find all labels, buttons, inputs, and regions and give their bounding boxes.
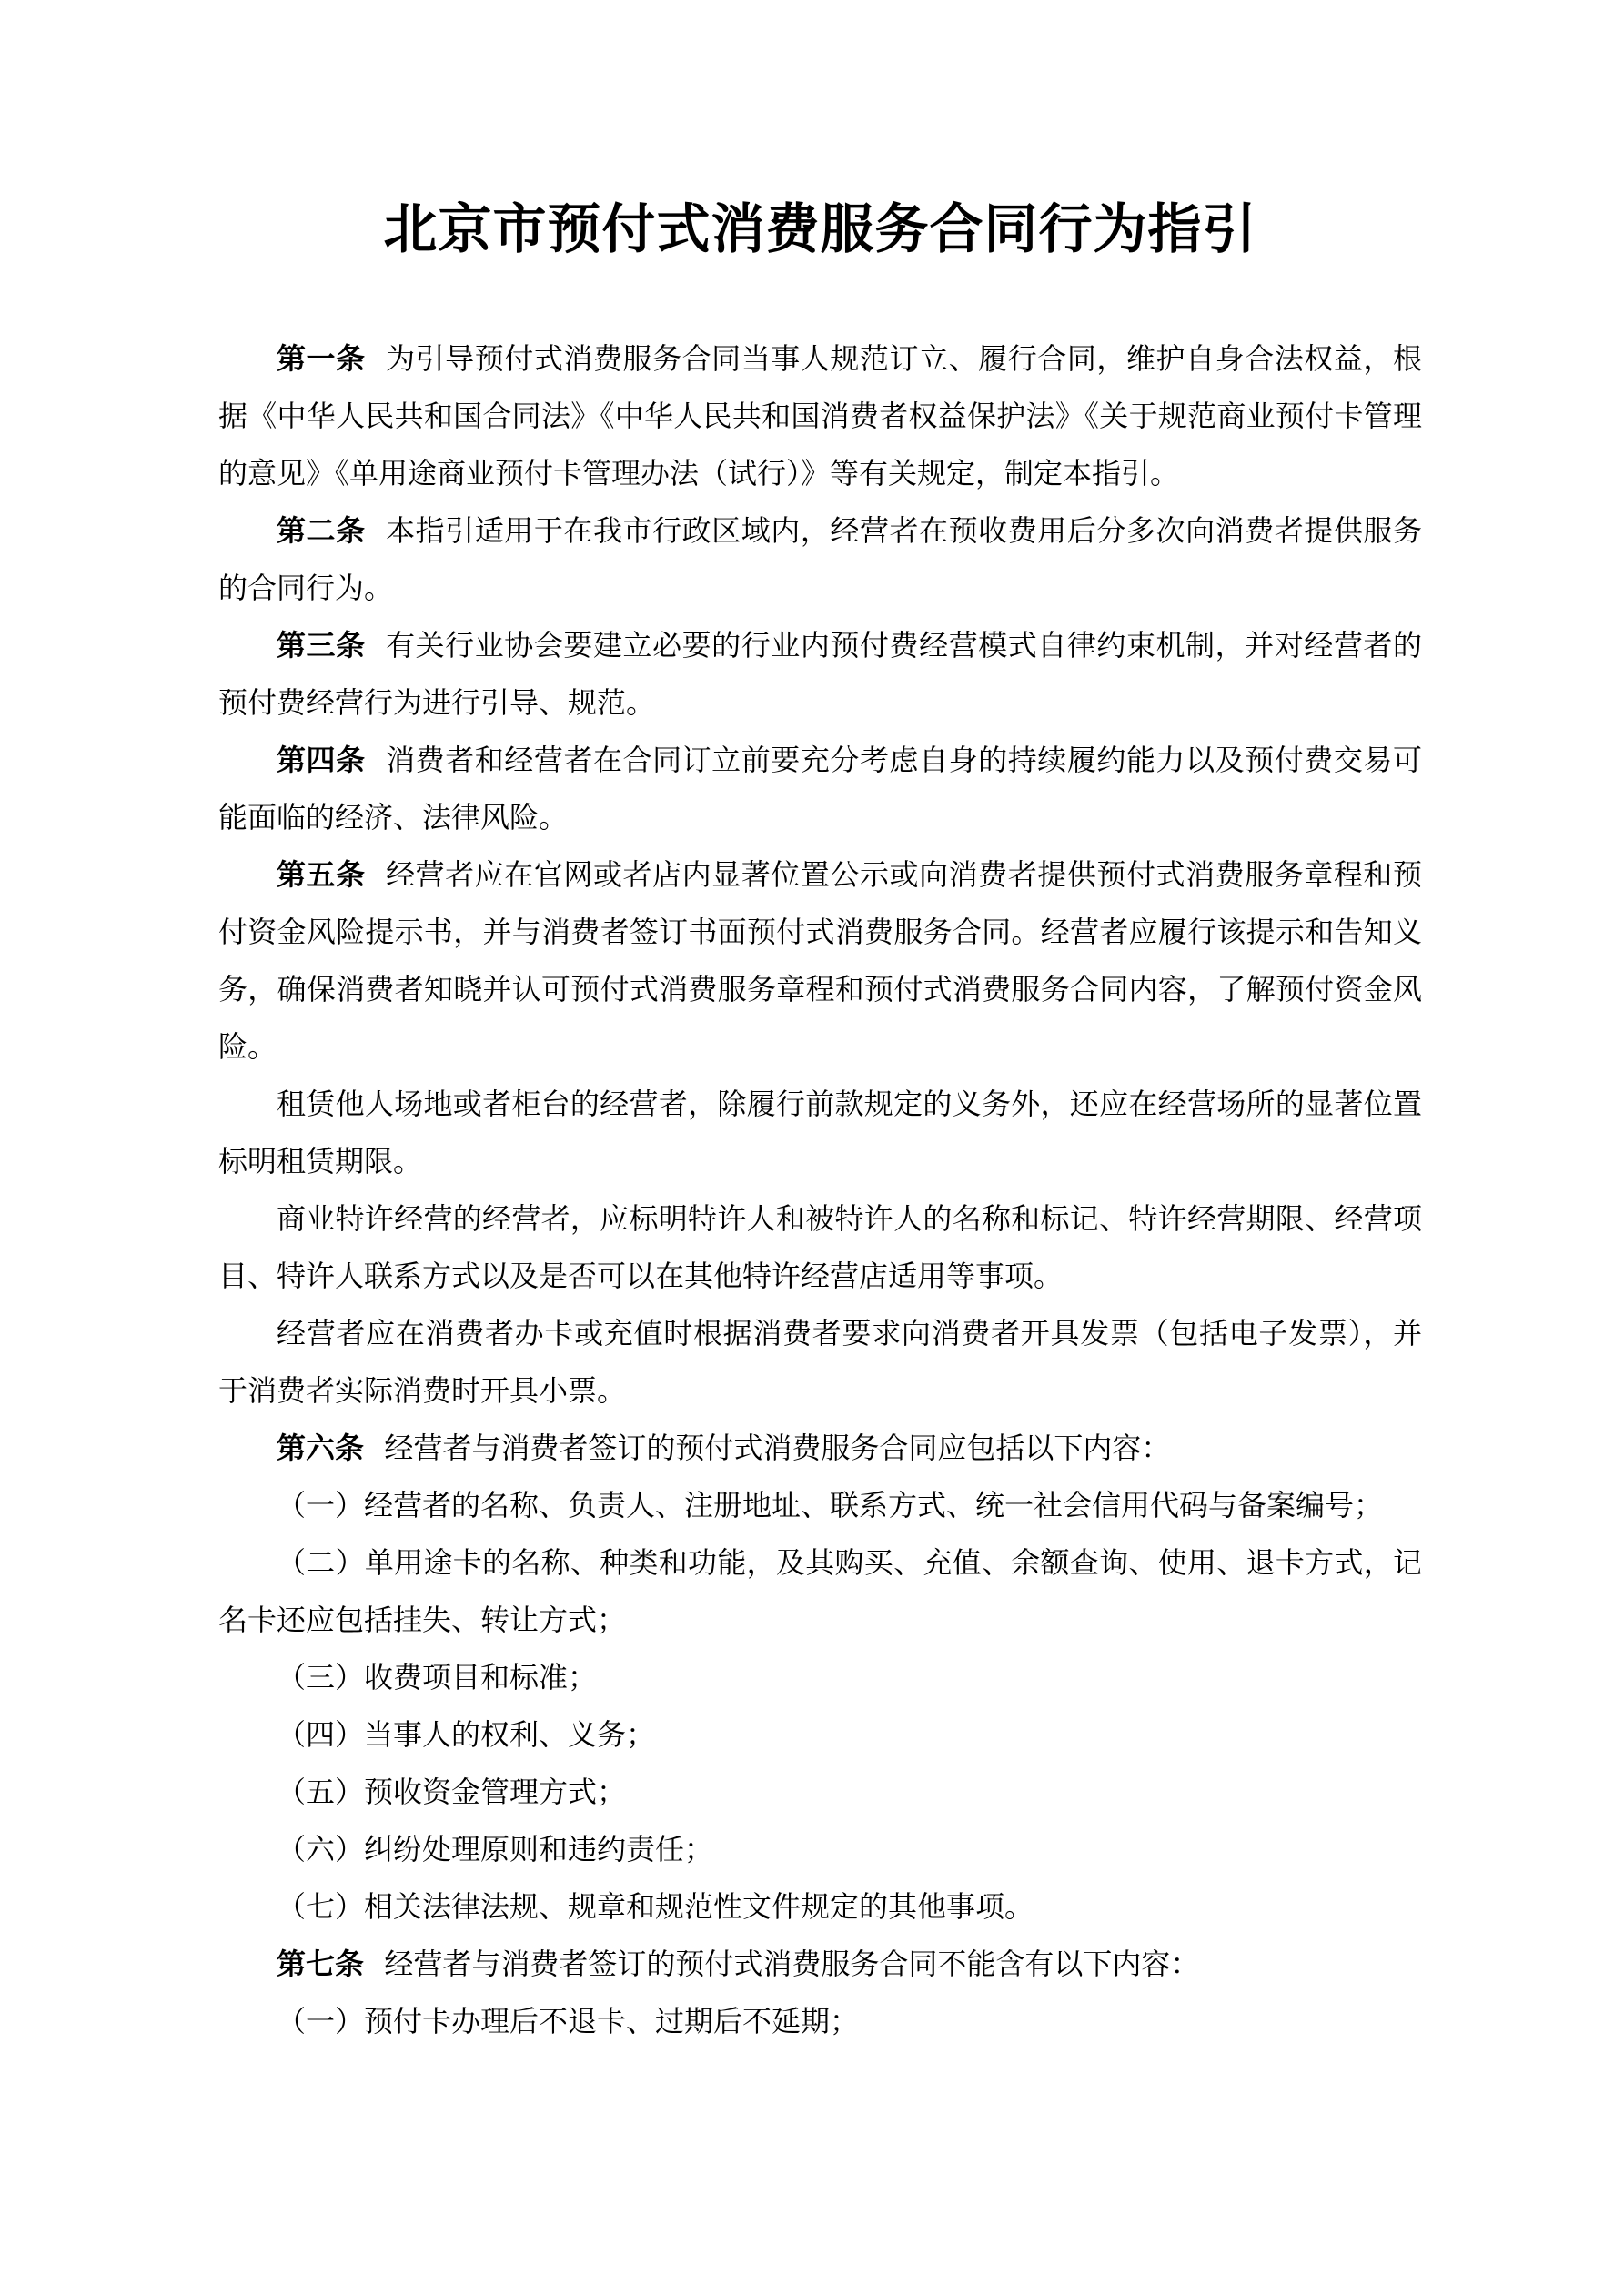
article-label: 第三条 <box>277 629 366 662</box>
paragraph: （一）经营者的名称、负责人、注册地址、联系方式、统一社会信用代码与备案编号； <box>218 1477 1422 1534</box>
paragraph-text: 为引导预付式消费服务合同当事人规范订立、履行合同，维护自身合法权益，根据《中华人… <box>218 342 1422 490</box>
paragraph: （四）当事人的权利、义务； <box>218 1706 1422 1764</box>
article-label: 第五条 <box>277 858 366 891</box>
paragraph-text: 经营者与消费者签订的预付式消费服务合同不能含有以下内容： <box>384 1947 1199 1980</box>
paragraph-text: 本指引适用于在我市行政区域内，经营者在预收费用后分多次向消费者提供服务的合同行为… <box>218 514 1422 604</box>
paragraph: （六）纠纷处理原则和违约责任； <box>218 1821 1422 1878</box>
article-label: 第四条 <box>277 743 366 776</box>
paragraph: 商业特许经营的经营者，应标明特许人和被特许人的名称和标记、特许经营期限、经营项目… <box>218 1190 1422 1305</box>
paragraph: 第四条消费者和经营者在合同订立前要充分考虑自身的持续履约能力以及预付费交易可能面… <box>218 732 1422 846</box>
paragraph-text: 经营者应在消费者办卡或充值时根据消费者要求向消费者开具发票（包括电子发票），并于… <box>218 1317 1422 1407</box>
paragraph: 第六条经营者与消费者签订的预付式消费服务合同应包括以下内容： <box>218 1420 1422 1477</box>
paragraph-text: （一）预付卡办理后不退卡、过期后不延期； <box>277 2005 859 2038</box>
paragraph-text: 消费者和经营者在合同订立前要充分考虑自身的持续履约能力以及预付费交易可能面临的经… <box>218 743 1422 834</box>
paragraph: 第二条本指引适用于在我市行政区域内，经营者在预收费用后分多次向消费者提供服务的合… <box>218 502 1422 617</box>
paragraph-text: 租赁他人场地或者柜台的经营者，除履行前款规定的义务外，还应在经营场所的显著位置标… <box>218 1087 1422 1178</box>
paragraph-text: 商业特许经营的经营者，应标明特许人和被特许人的名称和标记、特许经营期限、经营项目… <box>218 1202 1422 1292</box>
document-title: 北京市预付式消费服务合同行为指引 <box>218 202 1422 257</box>
article-label: 第七条 <box>277 1947 364 1980</box>
document-body: 第一条为引导预付式消费服务合同当事人规范订立、履行合同，维护自身合法权益，根据《… <box>218 330 1422 2050</box>
paragraph-text: 经营者应在官网或者店内显著位置公示或向消费者提供预付式消费服务章程和预付资金风险… <box>218 858 1422 1063</box>
paragraph-text: （三）收费项目和标准； <box>277 1661 597 1694</box>
paragraph-text: （二）单用途卡的名称、种类和功能，及其购买、充值、余额查询、使用、退卡方式，记名… <box>218 1546 1422 1636</box>
paragraph-text: （六）纠纷处理原则和违约责任； <box>277 1833 713 1866</box>
paragraph: （一）预付卡办理后不退卡、过期后不延期； <box>218 1993 1422 2050</box>
paragraph-text: 经营者与消费者签订的预付式消费服务合同应包括以下内容： <box>384 1431 1170 1464</box>
article-label: 第二条 <box>277 514 366 547</box>
paragraph: （三）收费项目和标准； <box>218 1649 1422 1706</box>
paragraph-text: 有关行业协会要建立必要的行业内预付费经营模式自律约束机制，并对经营者的预付费经营… <box>218 629 1422 719</box>
paragraph: 经营者应在消费者办卡或充值时根据消费者要求向消费者开具发票（包括电子发票），并于… <box>218 1305 1422 1420</box>
paragraph-text: （五）预收资金管理方式； <box>277 1775 626 1808</box>
article-label: 第六条 <box>277 1431 364 1464</box>
paragraph-text: （四）当事人的权利、义务； <box>277 1718 655 1751</box>
paragraph-text: （一）经营者的名称、负责人、注册地址、联系方式、统一社会信用代码与备案编号； <box>277 1489 1383 1522</box>
document-page: 北京市预付式消费服务合同行为指引 第一条为引导预付式消费服务合同当事人规范订立、… <box>0 0 1624 2296</box>
paragraph: （五）预收资金管理方式； <box>218 1764 1422 1821</box>
paragraph: 第三条有关行业协会要建立必要的行业内预付费经营模式自律约束机制，并对经营者的预付… <box>218 617 1422 732</box>
paragraph-text: （七）相关法律法规、规章和规范性文件规定的其他事项。 <box>277 1890 1034 1923</box>
paragraph: 租赁他人场地或者柜台的经营者，除履行前款规定的义务外，还应在经营场所的显著位置标… <box>218 1076 1422 1190</box>
paragraph: 第七条经营者与消费者签订的预付式消费服务合同不能含有以下内容： <box>218 1936 1422 1993</box>
article-label: 第一条 <box>277 342 366 375</box>
paragraph: （七）相关法律法规、规章和规范性文件规定的其他事项。 <box>218 1878 1422 1936</box>
paragraph: （二）单用途卡的名称、种类和功能，及其购买、充值、余额查询、使用、退卡方式，记名… <box>218 1534 1422 1649</box>
paragraph: 第五条经营者应在官网或者店内显著位置公示或向消费者提供预付式消费服务章程和预付资… <box>218 846 1422 1076</box>
paragraph: 第一条为引导预付式消费服务合同当事人规范订立、履行合同，维护自身合法权益，根据《… <box>218 330 1422 502</box>
